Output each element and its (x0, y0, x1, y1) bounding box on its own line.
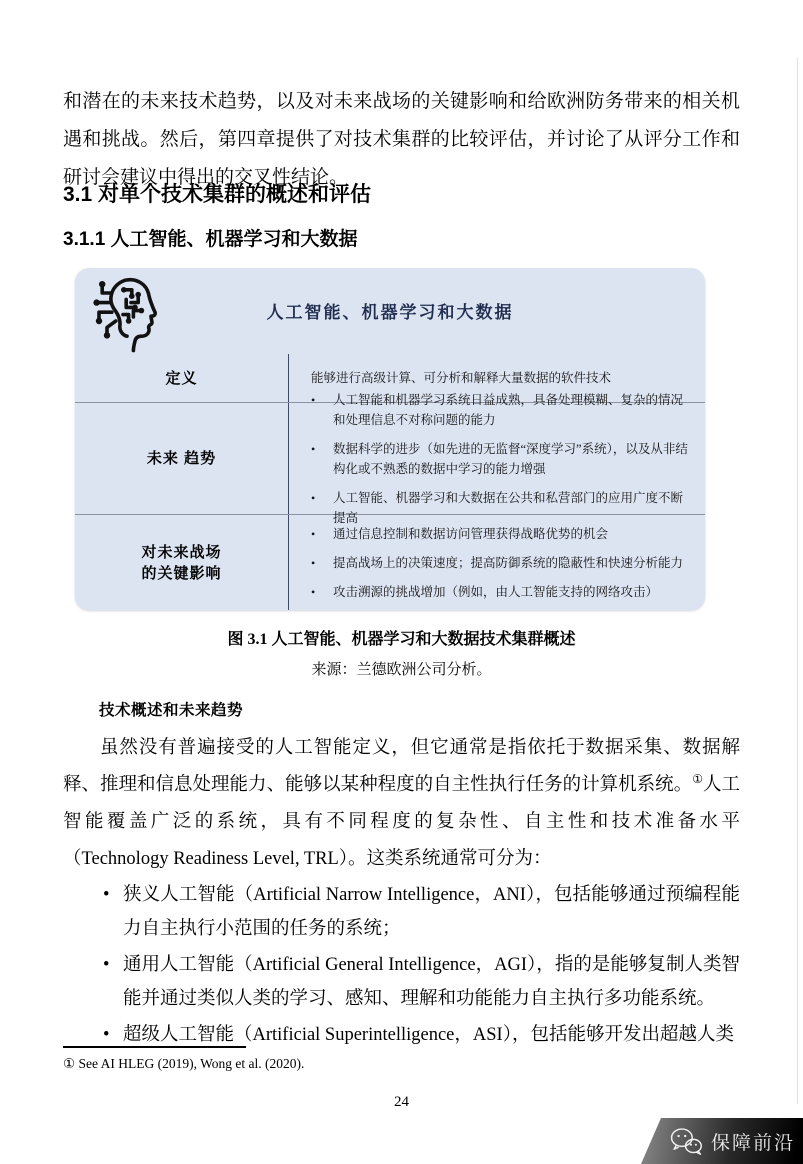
bullet-dot: • (311, 439, 333, 479)
definition-text: 能够进行高级计算、可分析和解释大量数据的软件技术 (311, 368, 691, 388)
paragraph-text: 虽然没有普遍接受的人工智能定义，但它通常是指依托于数据采集、数据解释、推理和信息… (63, 738, 740, 795)
bullet-dot: • (311, 524, 333, 544)
footnote-marker: ① (692, 772, 703, 786)
ai-types-list: 狭义人工智能（Artificial Narrow Intelligence，AN… (63, 878, 740, 1052)
section-heading: 3.1 对单个技术集群的概述和评估 (63, 178, 371, 208)
page-edge-line (797, 58, 798, 1104)
body-paragraph: 虽然没有普遍接受的人工智能定义，但它通常是指依托于数据采集、数据解释、推理和信息… (63, 730, 740, 878)
row-content: • 通过信息控制和数据访问管理获得战略优势的机会 • 提高战场上的决策速度；提高… (288, 515, 705, 610)
row-label: 定义 (75, 354, 288, 402)
figure-bullet: • 数据科学的进步（如先进的无监督“深度学习”系统），以及从非结构化或不熟悉的数… (311, 439, 691, 479)
list-item: 狭义人工智能（Artificial Narrow Intelligence，AN… (63, 878, 740, 946)
watermark-ribbon: 保障前沿 (641, 1118, 803, 1164)
watermark-text: 保障前沿 (711, 1128, 795, 1155)
bullet-dot: • (311, 390, 333, 430)
footnote-text: ① See AI HLEG (2019), Wong et al. (2020)… (63, 1056, 304, 1072)
bullet-dot: • (311, 553, 333, 573)
document-page: 和潜在的未来技术趋势，以及对未来战场的关键影响和给欧洲防务带来的相关机遇和挑战。… (0, 0, 803, 1164)
subsection-heading: 3.1.1 人工智能、机器学习和大数据 (63, 224, 358, 251)
figure-box: 人工智能、机器学习和大数据 定义 能够进行高级计算、可分析和解释大量数据的软件技… (75, 268, 705, 610)
figure-bullet: • 人工智能和机器学习系统日益成熟，具备处理模糊、复杂的情况和处理信息不对称问题… (311, 390, 691, 430)
row-label: 对未来战场 的关键影响 (75, 515, 288, 610)
footnote-rule (63, 1046, 246, 1048)
figure-row-future-trends: 未来 趋势 • 人工智能和机器学习系统日益成熟，具备处理模糊、复杂的情况和处理信… (75, 402, 705, 514)
bullet-dot: • (311, 582, 333, 602)
figure-bullet: • 攻击溯源的挑战增加（例如，由人工智能支持的网络攻击） (311, 582, 691, 602)
bullet-text: 攻击溯源的挑战增加（例如，由人工智能支持的网络攻击） (333, 582, 658, 602)
row-label: 未来 趋势 (75, 403, 288, 514)
figure-source: 来源：兰德欧洲公司分析。 (63, 658, 740, 679)
figure-caption: 图 3.1 人工智能、机器学习和大数据技术集群概述 (63, 626, 740, 649)
figure-row-battlefield-impact: 对未来战场 的关键影响 • 通过信息控制和数据访问管理获得战略优势的机会 • 提… (75, 514, 705, 610)
body-subheading: 技术概述和未来趋势 (99, 698, 243, 720)
bullet-text: 通过信息控制和数据访问管理获得战略优势的机会 (333, 524, 608, 544)
wechat-logo-icon (669, 1127, 703, 1155)
bullet-text: 数据科学的进步（如先进的无监督“深度学习”系统），以及从非结构化或不熟悉的数据中… (333, 439, 691, 479)
figure-header: 人工智能、机器学习和大数据 (75, 268, 705, 354)
figure-bullet: • 提高战场上的决策速度；提高防御系统的隐蔽性和快速分析能力 (311, 553, 691, 573)
figure-title: 人工智能、机器学习和大数据 (75, 298, 705, 323)
row-content: • 人工智能和机器学习系统日益成熟，具备处理模糊、复杂的情况和处理信息不对称问题… (288, 403, 705, 514)
bullet-text: 人工智能和机器学习系统日益成熟，具备处理模糊、复杂的情况和处理信息不对称问题的能… (333, 390, 691, 430)
bullet-text: 提高战场上的决策速度；提高防御系统的隐蔽性和快速分析能力 (333, 553, 683, 573)
figure-bullet: • 通过信息控制和数据访问管理获得战略优势的机会 (311, 524, 691, 544)
page-number: 24 (63, 1094, 740, 1111)
list-item: 通用人工智能（Artificial General Intelligence，A… (63, 948, 740, 1016)
